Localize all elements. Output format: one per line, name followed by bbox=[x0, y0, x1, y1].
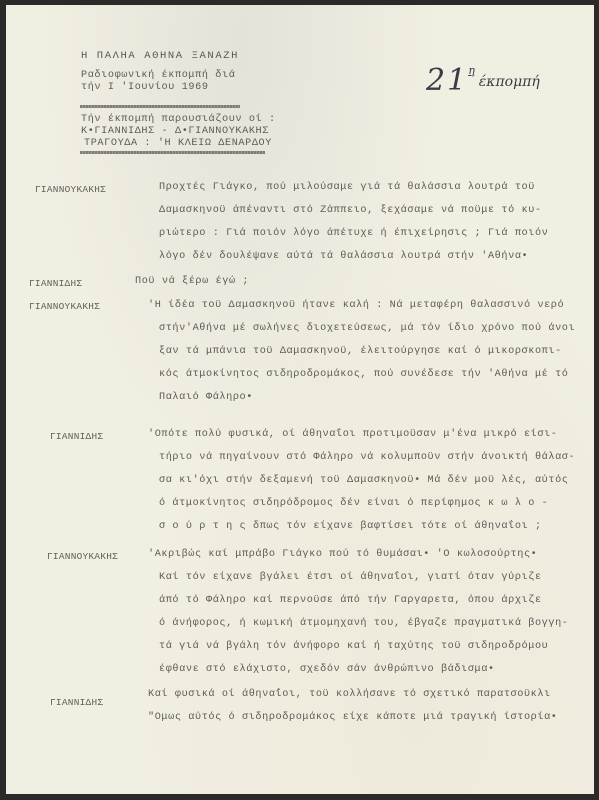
songs-credit: ΤΡΑΓΟΥΔΑ : 'Η ΚΛΕΙΩ ΔΕΝΑΡΔΟΥ bbox=[84, 138, 272, 150]
dialogue-line: άπό τό Φάληρο καί περνοϋσε άπό τήν Γαργα… bbox=[159, 595, 542, 607]
document-subtitle-line1: Ραδιοφωνική έκπομπή διά bbox=[81, 70, 235, 82]
speaker-label: ΓΙΑΝΝΟΥΚΑΚΗΣ bbox=[35, 184, 106, 196]
episode-ordinal-suffix: η bbox=[468, 64, 475, 77]
document-subtitle-line2: τήν Ι 'Ιουνίου 1969 bbox=[81, 82, 209, 94]
dialogue-line: "Ομως αύτός ό σιδηροδρομάκος είχε κάποτε… bbox=[148, 712, 558, 724]
header-divider-bottom bbox=[80, 151, 265, 154]
dialogue-line: ό άτμοκίνητος σιδηρόδρομος δέν είναι ό π… bbox=[159, 498, 548, 510]
speaker-label: ΓΙΑΝΝΙΔΗΣ bbox=[29, 278, 82, 290]
document-page: Η ΠΑΛΗΑ ΑΘΗΝΑ ΞΑΝΑΖΗ Ραδιοφωνική έκπομπή… bbox=[6, 5, 594, 794]
dialogue-line: σα κι'όχι στήν δεξαμενή τοϋ Δαμασκηνοϋ• … bbox=[159, 475, 569, 487]
dialogue-line: 'Η ίδέα τοϋ Δαμασκηνοϋ ήτανε καλή : Νά μ… bbox=[148, 300, 564, 312]
dialogue-line: τήριο νά πηγαίνουν στό Φάληρο νά κολυμπο… bbox=[159, 452, 575, 464]
speaker-label: ΓΙΑΝΝΙΔΗΣ bbox=[50, 697, 103, 709]
dialogue-line: έφθανε στό ελάχιστο, σχεδόν σάν άνθρώπιν… bbox=[159, 664, 495, 676]
dialogue-line: κός άτμοκίνητος σιδηροδρομάκος, πού συνέ… bbox=[159, 369, 569, 381]
dialogue-line: Ποϋ νά ξέρω έγώ ; bbox=[135, 276, 249, 288]
dialogue-line: 'Οπότε πολύ φυσικά, οί άθηναΐοι προτιμοϋ… bbox=[148, 429, 558, 441]
header-divider bbox=[80, 105, 240, 108]
dialogue-line: σ ο ύ ρ τ η ς δπως τόν είχανε βαφτίσει τ… bbox=[159, 521, 542, 533]
dialogue-line: ξαν τά μπάνια τοϋ Δαμασκηνοϋ, έλειτούργη… bbox=[159, 346, 562, 358]
dialogue-line: Καί τόν είχανε βγάλει έτσι οί άθηναΐοι, … bbox=[159, 572, 542, 584]
dialogue-line: 'Ακριβώς καί μπράβο Γιάγκο πού τό θυμάσα… bbox=[148, 549, 537, 561]
speaker-label: ΓΙΑΝΝΙΔΗΣ bbox=[50, 431, 103, 443]
dialogue-line: τά γιά νά βγάλη τόν άνήφορο καί ή ταχύτη… bbox=[159, 641, 548, 653]
presenters-names: Κ•ΓΙΑΝΝΙΔΗΣ - Δ•ΓΙΑΝΝΟΥΚΑΚΗΣ bbox=[81, 126, 269, 138]
dialogue-line: ό άνήφορος, ή κωμική άτμομηχανή του, έβγ… bbox=[159, 618, 569, 630]
dialogue-line: Παλαιό Φάληρο• bbox=[159, 392, 253, 404]
dialogue-line: ριώτερο : Γιά ποιόν λόγο άπέτυχε ή έπιχε… bbox=[159, 228, 548, 240]
dialogue-line: λόγο δέν δουλέψανε αύτά τά θαλάσσια λουτ… bbox=[159, 251, 528, 263]
presenters-intro: Τήν έκπομπή παρουσιάζουν οί : bbox=[81, 114, 276, 126]
document-title: Η ΠΑΛΗΑ ΑΘΗΝΑ ΞΑΝΑΖΗ bbox=[81, 50, 239, 62]
dialogue-line: Δαμασκηνοϋ άπέναντι στό Ζάππειο, ξεχάσαμ… bbox=[159, 205, 542, 217]
handwritten-episode-number: 21ηέκπομπή bbox=[426, 63, 540, 98]
episode-label: έκπομπή bbox=[479, 74, 540, 90]
speaker-label: ΓΙΑΝΝΟΥΚΑΚΗΣ bbox=[47, 551, 118, 563]
speaker-label: ΓΙΑΝΝΟΥΚΑΚΗΣ bbox=[29, 301, 100, 313]
dialogue-line: στήν'Αθήνα μέ σωλήνες διοχετεύσεως, μά τ… bbox=[159, 323, 575, 335]
dialogue-line: Προχτές Γιάγκο, πού μιλούσαμε γιά τά θαλ… bbox=[159, 182, 535, 194]
episode-number: 21 bbox=[426, 63, 468, 98]
dialogue-line: Καί φυσικά οί άθηναΐοι, τοϋ κολλήσανε τό… bbox=[148, 689, 551, 701]
